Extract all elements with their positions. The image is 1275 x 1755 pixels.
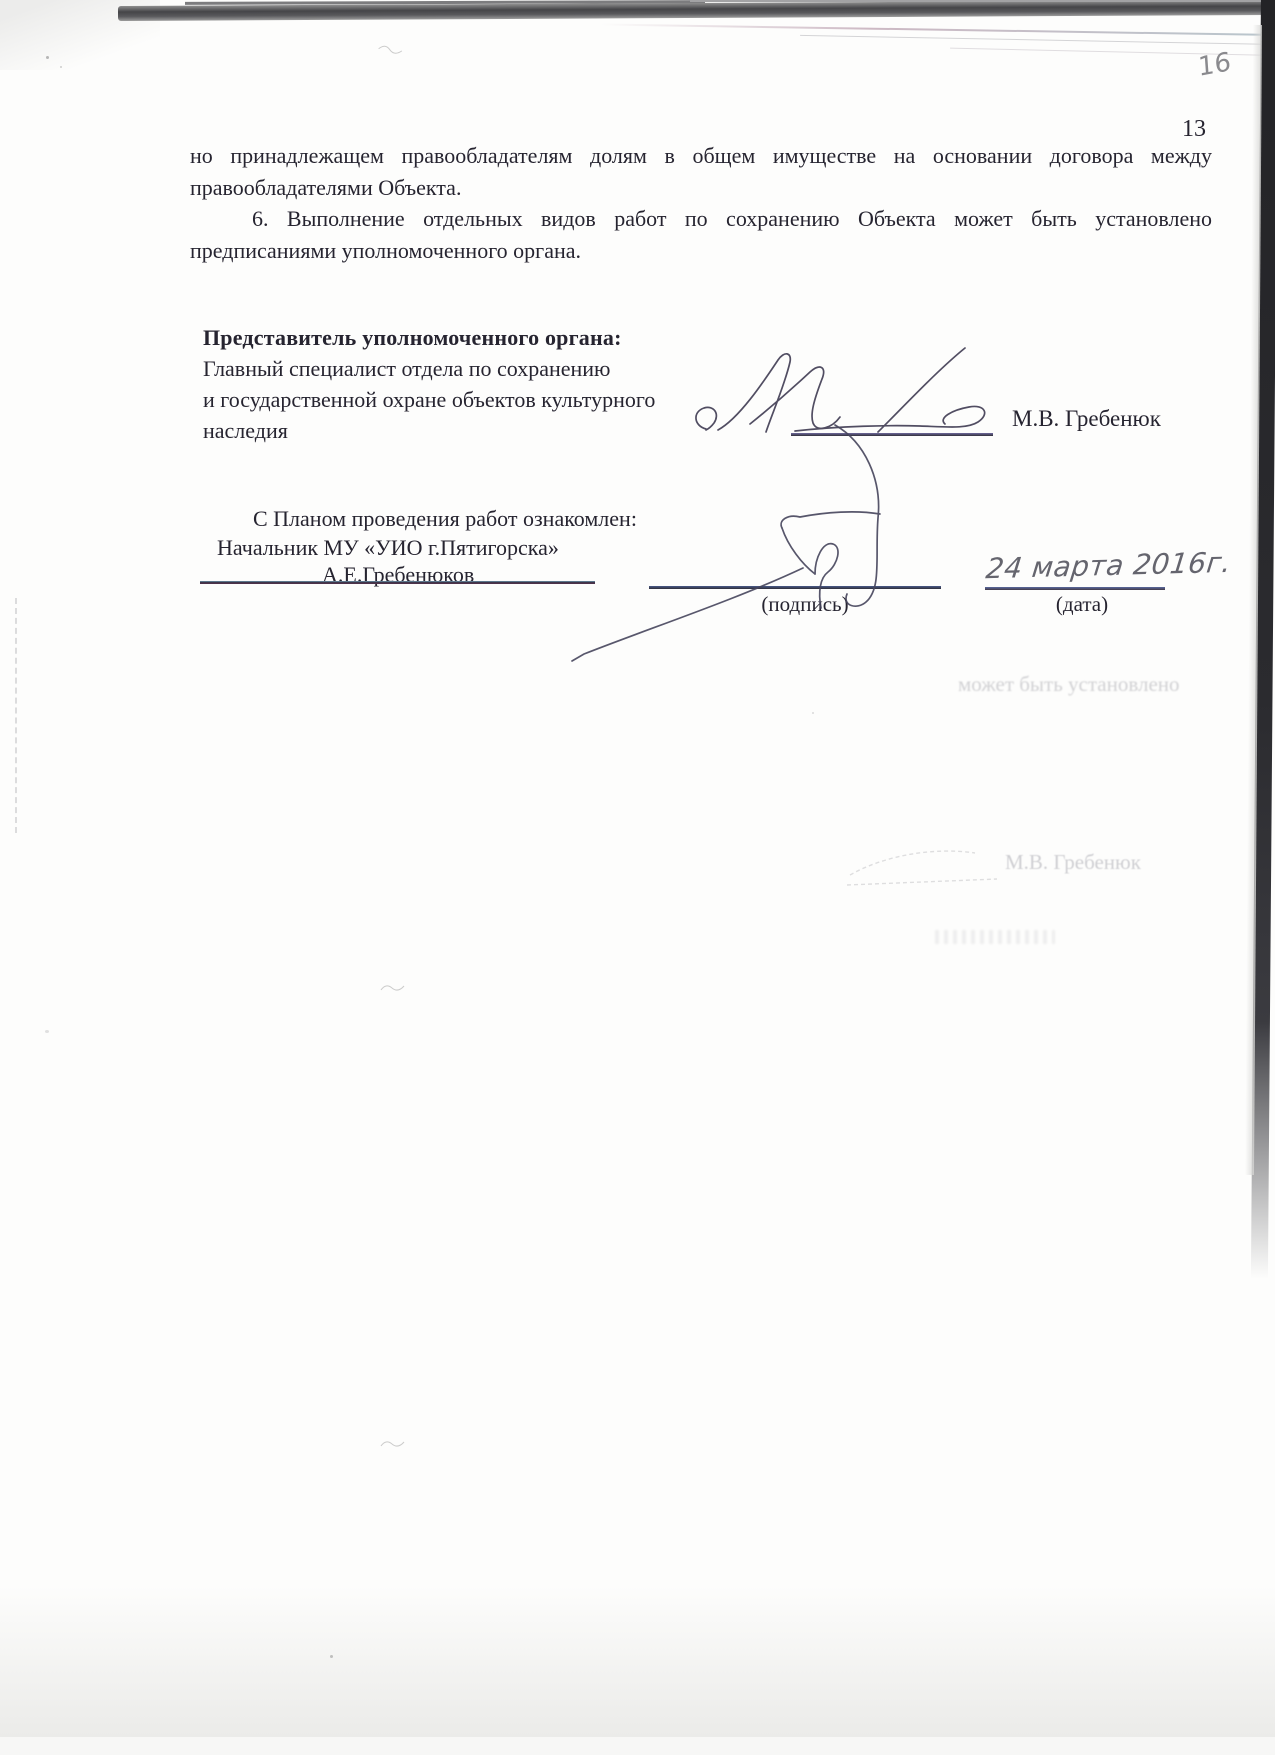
official-block-line: и государственной охране объектов культу… xyxy=(203,384,655,415)
bleedthrough-haze xyxy=(935,930,1055,944)
page-number: 13 xyxy=(1150,116,1206,143)
acknowledgement-position: Начальник МУ «УИО г.Пятигорска» xyxy=(217,535,559,561)
signatory-name: М.В. Гребенюк xyxy=(1012,406,1161,432)
acknowledgement-name: А.Е.Гребенюков xyxy=(322,562,474,588)
scan-bottom-shading xyxy=(0,1585,1275,1737)
paragraph: 6. Выполнение отдельных видов работ по с… xyxy=(190,203,1212,266)
scan-speck xyxy=(330,1655,333,1658)
scan-bottom-edge xyxy=(0,1737,1275,1755)
official-block-line: Главный специалист отдела по сохранению xyxy=(203,353,655,384)
bleedthrough-text: может быть установлено xyxy=(958,672,1180,697)
scanned-document-page: 16 13 но принадлежащем правообладателям … xyxy=(0,0,1275,1755)
body-text-block: но принадлежащем правообладателям долям … xyxy=(190,140,1212,266)
official-block-title: Представитель уполномоченного органа: xyxy=(203,322,655,353)
scan-stacked-pages-line xyxy=(800,35,1275,45)
handwritten-corner-number: 16 xyxy=(1197,47,1232,83)
date-field-caption: (дата) xyxy=(1022,592,1142,617)
scan-top-edge-line xyxy=(690,0,1275,2)
scan-speck xyxy=(812,712,814,714)
scan-smudge xyxy=(380,1438,406,1448)
handwritten-date: 24 марта 2016г. xyxy=(984,546,1233,586)
ink-signature-grebenyukov xyxy=(520,418,940,670)
bleedthrough-name: М.В. Гребенюк xyxy=(1005,850,1141,875)
scan-speck xyxy=(60,66,62,68)
scan-speck xyxy=(46,56,49,59)
scan-smudge xyxy=(380,982,406,992)
scan-left-fold-line xyxy=(15,598,17,833)
scan-speck xyxy=(45,1030,49,1033)
scan-smudge xyxy=(377,41,405,57)
date-field-line xyxy=(985,587,1165,590)
bleedthrough-signature xyxy=(845,835,1015,895)
paragraph: но принадлежащем правообладателям долям … xyxy=(190,140,1212,203)
scan-stacked-pages-line xyxy=(600,23,1275,36)
